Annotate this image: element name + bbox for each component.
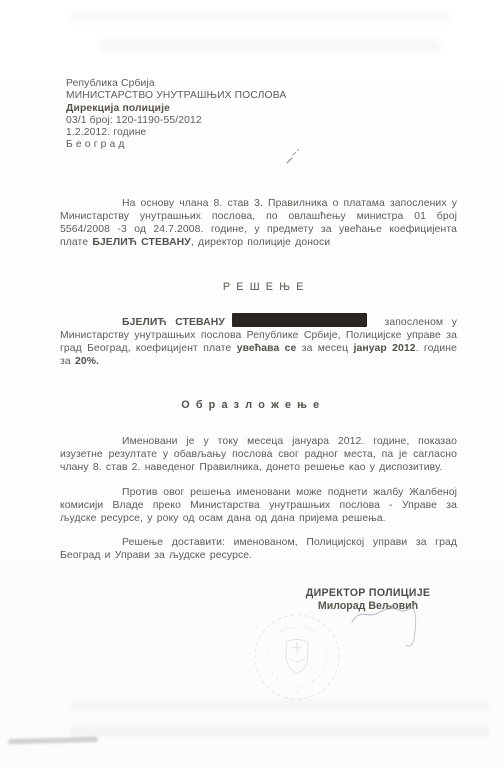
scan-artifact: [70, 12, 450, 22]
disposition-bold-increase: увећава се: [237, 343, 297, 354]
explanation-heading: О б р а з л о ж е њ е: [60, 399, 442, 411]
recipient-name: БЈЕЛИЋ СТЕВАНУ: [122, 317, 225, 328]
document-page: Република Србија МИНИСТАРСТВО УНУТРАШЊИХ…: [0, 0, 504, 768]
pen-mark: [284, 146, 310, 168]
official-seal: [248, 610, 346, 708]
intro-paragraph: На основу члана 8. став 3. Правилника о …: [60, 198, 457, 250]
scan-artifact: [100, 40, 440, 52]
letterhead-directorate: Дирекција полиције: [66, 103, 286, 115]
disposition-text-2: за месец: [296, 343, 353, 354]
disposition-paragraph: БЈЕЛИЋ СТЕВАНУ запосленом у Министарству…: [60, 313, 457, 369]
letterhead: Република Србија МИНИСТАРСТВО УНУТРАШЊИХ…: [66, 78, 286, 152]
letterhead-country: Република Србија: [66, 78, 286, 90]
letterhead-ministry: МИНИСТАРСТВО УНУТРАШЊИХ ПОСЛОВА: [66, 90, 286, 102]
handwritten-signature: [348, 596, 434, 658]
recipient-name: БЈЕЛИЋ СТЕВАНУ: [92, 237, 191, 248]
disposition-bold-month: јануар 2012: [353, 343, 415, 354]
letterhead-city: Б е о г р а д: [66, 139, 286, 151]
disposition-bold-percent: 20%.: [75, 356, 99, 367]
decision-heading: Р Е Ш Е Њ Е: [60, 281, 468, 293]
explanation-paragraph-2: Против овог решења именовани може поднет…: [60, 487, 457, 526]
intro-text-after: , директор полиције доноси: [191, 237, 330, 248]
scan-artifact: [70, 726, 490, 737]
scan-smudge: [8, 737, 98, 744]
redaction-box: [232, 313, 367, 327]
delivery-paragraph: Решење доставити: именованом, Полицијско…: [60, 537, 457, 563]
letterhead-case-number: 03/1 број: 120-1190-55/2012: [66, 115, 286, 127]
explanation-paragraph-1: Именовани је у току месеца јануара 2012.…: [60, 436, 457, 475]
letterhead-date: 1.2.2012. године: [66, 127, 286, 139]
